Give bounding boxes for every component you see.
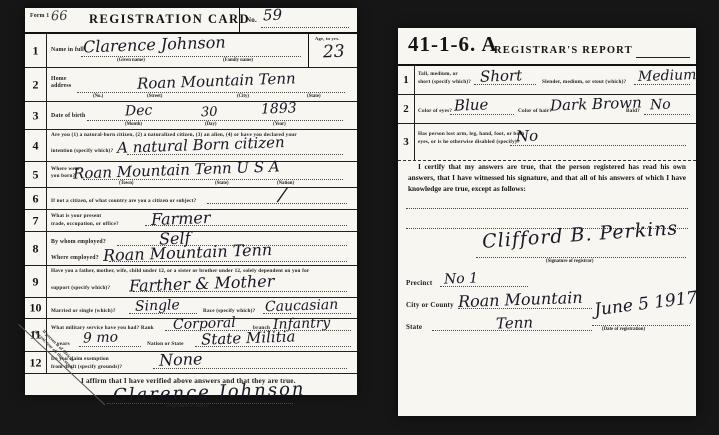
field-7-number: 7 [25,213,46,228]
scanned-document-page: { "registration_card": { "form_no": "For… [0,0,719,435]
state-label: State [406,323,422,332]
header-rule-segment [636,57,690,58]
registrar-signature-line [476,257,686,258]
exemption-handwriting: None [159,349,203,370]
field-2-home-address: 2 Home address (No.) (Street) (City) (St… [25,68,357,102]
birth-day-handwriting: 30 [201,105,218,121]
age-label: Age, in yrs. [315,36,340,42]
form-scrawl-handwriting: 66 [51,9,68,25]
precinct-handwriting: No 1 [444,270,479,287]
exception-line-1 [406,208,688,209]
field-3-sub-year: (Year) [273,122,286,127]
field-1-number: 1 [25,43,46,58]
field-1-write-line [81,56,301,57]
field-8-number: 8 [25,241,46,256]
field-3-sub-month: (Month) [125,122,142,127]
report-field-2-label-bald: Bald? [626,108,640,115]
race-handwriting: Caucasian [265,297,339,316]
field-12-number: 12 [25,355,46,370]
field-3-sub-day: (Day) [205,122,216,127]
report-field-3-line [510,145,686,146]
report-field-2-number: 2 [398,103,414,115]
field-5-birthplace: 5 Where were you born? (Town) (State) (N… [25,162,357,188]
registrar-signature-handwriting: Clifford B. Perkins [481,217,678,253]
file-number-stamp: 41-1-6. A [408,32,498,57]
signature-section: I affirm that I have verified above answ… [25,374,357,408]
card-title: REGISTRATION CARD [89,12,250,27]
bald-handwriting: No [650,97,671,114]
report-field-2-label-hair: Color of hair? [518,108,552,115]
field-7-label-2: trade, occupation, or office? [51,221,119,228]
report-field-1-line-1 [474,84,536,85]
registrar-signature-caption: (Signature of registrar) [546,259,594,264]
report-title: REGISTRAR'S REPORT [494,45,633,56]
field-9-dependents: 9 Have you a father, mother, wife, child… [25,266,357,298]
field-10-number: 10 [25,301,46,316]
field-1-sub-family: (Family name) [223,58,253,63]
field-2-number: 2 [25,77,46,92]
report-field-1-label-2: short (specify which)? [418,79,471,86]
field-4-citizenship: 4 Are you (1) a natural-born citizen, (2… [25,130,357,162]
field-11-write-line-3 [195,346,351,347]
field-2-label-2: address [51,83,71,90]
field-6-foreign-citizen: 6 If not a citizen, of what country are … [25,188,357,210]
field-2-sub-street: (Street) [147,94,162,99]
field-10-label-1: Married or single (which)? [51,308,116,315]
precinct-label: Precinct [406,279,432,288]
age-handwriting: 23 [323,42,345,63]
field-2-sub-no: (No.) [93,94,103,99]
report-field-1-label-3: Slender, medium, or stout (which)? [542,79,626,86]
build-handwriting: Medium [638,67,697,85]
certification-paragraph: I certify that my answers are true, that… [408,162,686,195]
birth-month-handwriting: Dec [125,103,153,120]
no-dotted-line [261,27,349,28]
registration-date-line [592,325,690,326]
report-field-2-line-2 [644,114,690,115]
field-6-label: If not a citizen, of what country are yo… [51,198,196,205]
report-field-2-label-eyes: Color of eyes? [418,108,452,115]
field-6-number: 6 [25,191,46,206]
field-11-label-nation: Nation or State [147,341,184,348]
no-box-divider [239,8,240,32]
field-10-label-2: Race (specify which)? [203,308,255,315]
city-county-label: City or County [406,301,454,310]
report-field-1-number: 1 [398,74,414,86]
report-field-3-label-1: Has person lost arm, leg, hand, foot, or… [418,131,524,138]
field-5-number: 5 [25,167,46,182]
disability-handwriting: No [516,127,539,146]
eye-color-handwriting: Blue [454,95,489,114]
field-5-label-2: you born? [51,173,75,180]
precinct-line [440,286,528,287]
field-3-label: Date of birth [51,113,85,120]
field-1-sub-given: (Given name) [117,58,145,63]
field-2-sub-state: (State) [307,94,321,99]
registration-date-caption: (Date of registration) [602,327,645,332]
occupation-handwriting: Farmer [151,208,211,229]
report-field-3-number: 3 [398,136,414,148]
registrars-report: REGISTRAR'S REPORT 41-1-6. A 1 Tall, med… [398,28,696,416]
field-3-date-of-birth: 3 Date of birth (Month) (Day) (Year) Dec… [25,102,357,130]
registration-card: Form 1 66 REGISTRATION CARD No. 59 1 Nam… [25,8,357,395]
field-11-military-service: 11 What military service have you had? R… [25,319,357,352]
field-3-number: 3 [25,108,46,123]
report-field-1-build: 1 Tall, medium, or short (specify which)… [398,66,696,95]
field-4-label-2: intention (specify which)? [51,148,113,155]
birth-year-handwriting: 1893 [261,100,297,117]
age-box: Age, in yrs. 23 [308,34,357,67]
field-5-sub-town: (Town) [119,181,133,186]
signature-caption: (Signature or mark) [167,404,208,409]
city-county-line [458,308,592,309]
field-4-number: 4 [25,138,46,153]
field-9-number: 9 [25,274,46,289]
form-number-label: Form 1 [30,13,49,20]
field-2-write-line [77,92,345,93]
field-8-label-1: By whom employed? [51,239,106,246]
field-5-sub-state: (State) [215,181,229,186]
state-line [432,330,592,331]
registration-no-label: No. [246,16,257,25]
registration-no-value: 59 [263,6,283,25]
field-3-write-line [87,120,343,121]
name-handwriting: Clarence Johnson [83,33,226,57]
field-7-occupation: 7 What is your present trade, occupation… [25,210,357,232]
field-1-name: 1 Name in full (Given name) (Family name… [25,34,357,68]
field-1-label: Name in full [51,47,84,54]
report-field-2-eyes-hair: 2 Color of eyes? Blue Color of hair? Dar… [398,95,696,124]
marital-status-handwriting: Single [135,297,180,315]
report-field-3-disability: 3 Has person lost arm, leg, hand, foot, … [398,124,696,161]
field-7-label-1: What is your present [51,213,101,220]
registration-date-handwriting: June 5 1917 [593,288,698,320]
home-address-handwriting: Roan Mountain Tenn [137,69,296,93]
field-8-label-2: Where employed? [51,255,99,262]
report-field-2-line-1 [450,114,514,115]
report-field-3-label-2: eyes, or is he otherwise disabled (speci… [418,139,520,146]
years-handwriting: 9 mo [83,329,119,346]
field-9-label-2: support (specify which)? [51,285,110,292]
height-handwriting: Short [480,66,523,85]
field-2-sub-city: (City) [237,94,249,99]
field-11-write-line-2 [79,346,141,347]
report-field-1-label-1: Tall, medium, or [418,71,458,78]
field-8-employer: 8 By whom employed? Self Where employed?… [25,232,357,266]
report-field-1-line-2 [634,84,690,85]
report-header: REGISTRAR'S REPORT 41-1-6. A [398,28,696,66]
registration-card-header: Form 1 66 REGISTRATION CARD No. 59 [25,8,357,34]
